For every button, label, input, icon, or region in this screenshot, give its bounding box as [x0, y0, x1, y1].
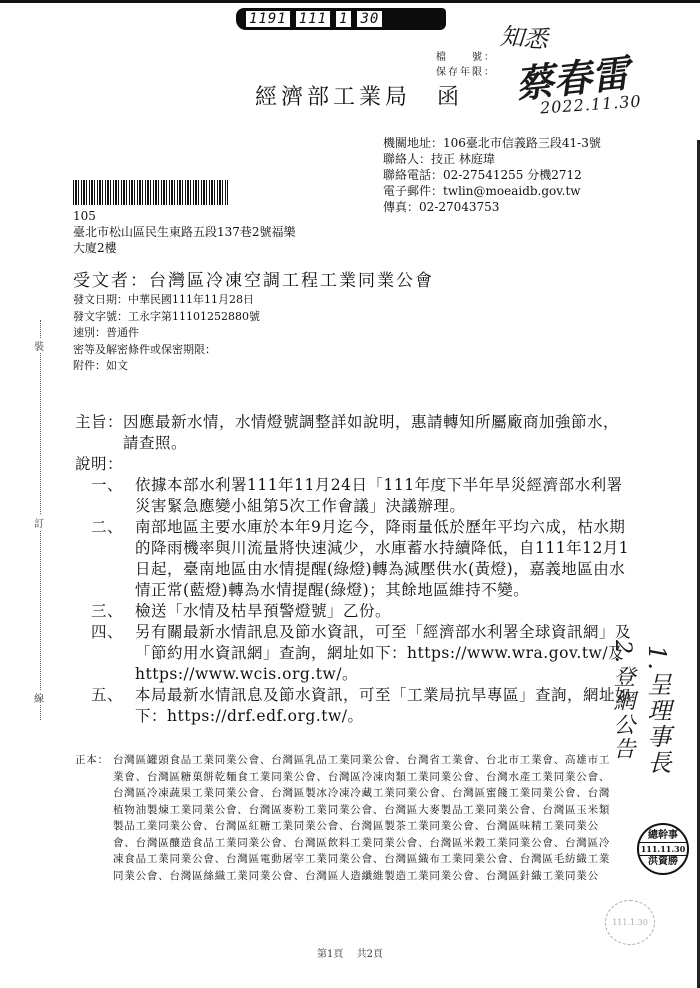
item-number: 一、	[91, 475, 135, 517]
explanation-item: 三、 檢送「水情及枯旱預警燈號」乙份。	[75, 601, 635, 622]
explanation-item: 五、 本局最新水情訊息及節水資訊，可至「工業局抗旱專區」查詢，網址如下：http…	[75, 685, 635, 727]
classification: 密等及解密條件或保密期限：	[73, 342, 260, 359]
receipt-month: 1	[336, 11, 351, 27]
issuer-name: 經濟部工業局	[255, 85, 411, 110]
address-line-2: 大廈2樓	[73, 240, 296, 256]
item-text: 本局最新水情訊息及節水資訊，可至「工業局抗旱專區」查詢，網址如下：https:/…	[135, 685, 635, 727]
receipt-year: 111	[296, 11, 330, 27]
item-number: 三、	[91, 601, 135, 622]
item-number: 五、	[91, 685, 135, 727]
barcode	[73, 180, 228, 205]
receipt-day: 30	[357, 11, 382, 27]
binding-char-xian: 線	[34, 690, 44, 705]
handwritten-acknowledged: 知悉	[499, 16, 549, 54]
seal-title: 總幹事	[648, 830, 678, 842]
explanation-item: 二、 南部地區主要水庫於本年9月迄今，降雨量低於歷年平均六成，枯水期的降雨機率與…	[75, 517, 635, 601]
postal-code: 105	[73, 208, 296, 224]
binding-char-ding: 訂	[34, 515, 44, 530]
item-text: 依據本部水利署111年11月24日「111年度下半年旱災經濟部水利署災害緊急應變…	[135, 475, 635, 517]
document-meta: 發文日期：中華民國111年11月28日 發文字號：工永字第11101252880…	[73, 292, 260, 375]
carbon-copy-list: 正本： 台灣區罐頭食品工業同業公會、台灣區乳品工業同業公會、台灣省工業會、台北市…	[75, 752, 615, 884]
attachment: 附件：如文	[73, 358, 260, 375]
page-top-border	[0, 0, 700, 3]
page-total: 共2頁	[357, 949, 383, 960]
subject: 主旨： 因應最新水情，水情燈號調整詳如說明，惠請轉知所屬廠商加強節水，請查照。	[75, 412, 635, 454]
subject-label: 主旨：	[75, 412, 123, 454]
delivery-speed: 速別：普通件	[73, 325, 260, 342]
page-footer: 第1頁 共2頁	[0, 945, 700, 960]
recipient: 受文者：台灣區冷凍空調工程工業同業公會	[73, 266, 434, 291]
address-line-1: 臺北市松山區民生東路五段137巷2號福樂	[73, 224, 296, 240]
handwritten-margin-note-1: 1.呈理事長	[640, 645, 675, 776]
handwritten-margin-note-2: 2.登網公告	[607, 640, 638, 761]
explanation-heading: 說明：	[75, 454, 635, 475]
letter-body: 主旨： 因應最新水情，水情燈號調整詳如說明，惠請轉知所屬廠商加強節水，請查照。 …	[75, 412, 635, 727]
receipt-number: 1191	[246, 11, 290, 27]
contact-block: 機關地址：106臺北市信義路三段41-3號 聯絡人：技正 林庭瑋 聯絡電話：02…	[383, 135, 601, 215]
faint-seal: 111.1.30	[605, 900, 655, 945]
file-meta: 檔 號： 保存年限：	[436, 50, 496, 80]
mailing-address: 105 臺北市松山區民生東路五段137巷2號福樂 大廈2樓	[73, 208, 296, 256]
agency-address: 機關地址：106臺北市信義路三段41-3號	[383, 135, 601, 151]
explanation-item: 四、 另有關最新水情訊息及節水資訊，可至「經濟部水利署全球資訊網」及「節約用水資…	[75, 622, 635, 685]
explanation-item: 一、 依據本部水利署111年11月24日「111年度下半年旱災經濟部水利署災害緊…	[75, 475, 635, 517]
contact-person: 聯絡人：技正 林庭瑋	[383, 151, 601, 167]
document-type: 函	[437, 85, 463, 110]
explanation-label: 說明：	[75, 454, 123, 475]
carbon-copy-label: 正本：	[75, 752, 113, 884]
seal-name: 洪資勝	[648, 856, 678, 868]
retention-label: 保存年限：	[436, 65, 496, 80]
file-number-label: 檔 號：	[436, 50, 496, 65]
seal-date: 111.11.30	[639, 842, 687, 856]
reference-number: 發文字號：工永字第11101252880號	[73, 309, 260, 326]
item-number: 二、	[91, 517, 135, 601]
contact-phone: 聯絡電話：02-27541255 分機2712	[383, 167, 601, 183]
subject-text: 因應最新水情，水情燈號調整詳如說明，惠請轉知所屬廠商加強節水，請查照。	[123, 412, 635, 454]
page-number: 第1頁	[317, 949, 343, 960]
item-text: 檢送「水情及枯旱預警燈號」乙份。	[135, 601, 635, 622]
binding-char-zhuang: 裝	[34, 338, 44, 353]
contact-fax: 傳真：02-27043753	[383, 199, 601, 215]
carbon-copy-recipients: 台灣區罐頭食品工業同業公會、台灣區乳品工業同業公會、台灣省工業會、台北市工業會、…	[113, 752, 615, 884]
receipt-stamp: 1191 111 1 30	[236, 8, 446, 30]
contact-email: 電子郵件：twlin@moeaidb.gov.tw	[383, 183, 601, 199]
document-title: 經濟部工業局函	[255, 80, 463, 111]
issue-date: 發文日期：中華民國111年11月28日	[73, 292, 260, 309]
item-text: 南部地區主要水庫於本年9月迄今，降雨量低於歷年平均六成，枯水期的降雨機率與川流量…	[135, 517, 635, 601]
item-number: 四、	[91, 622, 135, 685]
item-text: 另有關最新水情訊息及節水資訊，可至「經濟部水利署全球資訊網」及「節約用水資訊網」…	[135, 622, 635, 685]
secretary-general-seal: 總幹事 111.11.30 洪資勝	[637, 823, 689, 875]
